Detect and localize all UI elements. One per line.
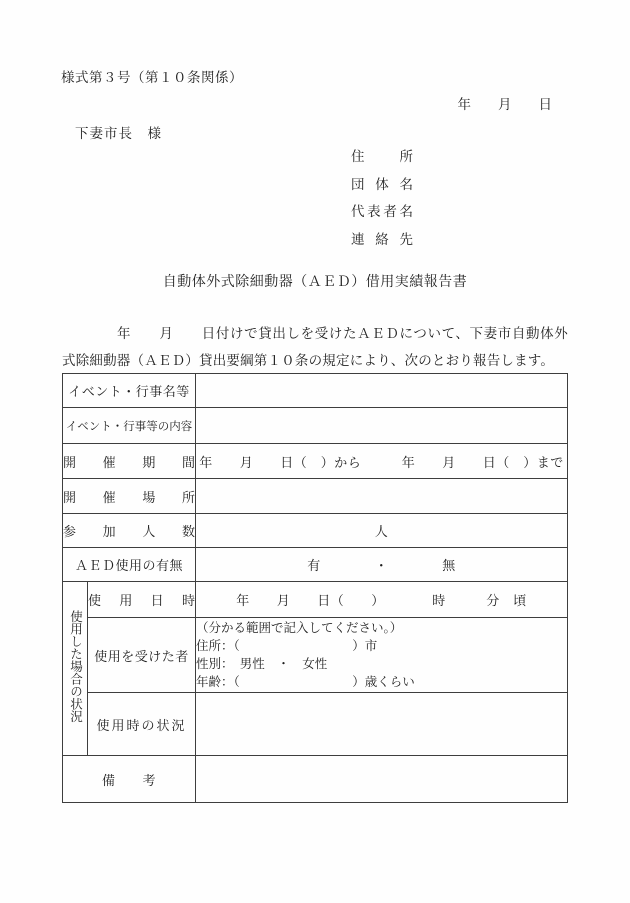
remarks-label: 備 考 [63, 756, 196, 803]
table-row: 参加人数 人 [63, 514, 568, 548]
table-row: 使用を受けた者 （分かる範囲で記入してください。） 住所：（ ）市 性別： 男性… [63, 618, 568, 693]
table-row: ＡＥＤ使用の有無 有 ・ 無 [63, 548, 568, 582]
aed-used-value: 有 ・ 無 [196, 548, 568, 582]
usage-datetime-label: 使用日時 [88, 582, 196, 618]
usage-situation-group-label: 使用した場合の状況 [63, 582, 88, 756]
report-table: イベント・行事名等 イベント・行事等の内容 開催期間 年 月 日（ ）から 年 … [62, 373, 568, 803]
event-name-label: イベント・行事名等 [63, 374, 196, 408]
person-treated-label: 使用を受けた者 [88, 618, 196, 693]
event-period-value: 年 月 日（ ）から 年 月 日（ ）まで [196, 444, 568, 479]
person-age-line: 年齢：（ ）歳くらい [196, 673, 567, 691]
document-page: 様式第３号（第１０条関係） 年 月 日 下妻市長 様 住所 団体名 代表者名 連… [0, 0, 630, 903]
table-row: 使用した場合の状況 使用日時 年 月 日（ ） 時 分 頃 [63, 582, 568, 618]
sender-contact-label: 連絡先 [351, 226, 413, 254]
document-title: 自動体外式除細動器（ＡＥＤ）借用実績報告書 [0, 271, 630, 291]
person-note-line: （分かる範囲で記入してください。） [196, 619, 567, 637]
usage-datetime-value: 年 月 日（ ） 時 分 頃 [196, 582, 568, 618]
person-treated-value: （分かる範囲で記入してください。） 住所：（ ）市 性別： 男性 ・ 女性 年齢… [196, 618, 568, 693]
participants-value: 人 [196, 514, 568, 548]
participants-label: 参加人数 [63, 514, 196, 548]
event-period-label: 開催期間 [63, 444, 196, 479]
addressee-mayor: 下妻市長 様 [75, 122, 162, 142]
sender-organization-label: 団体名 [351, 171, 413, 199]
table-row: イベント・行事等の内容 [63, 408, 568, 444]
body-paragraph: 年 月 日付けで貸出しを受けたＡＥＤについて、下妻市自動体外式除細動器（ＡＥＤ）… [62, 320, 568, 374]
table-row: 開催場所 [63, 479, 568, 514]
event-place-value [196, 479, 568, 514]
sender-row-representative: 代表者名 [351, 198, 531, 226]
event-place-label: 開催場所 [63, 479, 196, 514]
sender-row-contact: 連絡先 [351, 226, 531, 254]
aed-used-label: ＡＥＤ使用の有無 [63, 548, 196, 582]
event-description-label: イベント・行事等の内容 [63, 408, 196, 444]
sender-block: 住所 団体名 代表者名 連絡先 [351, 143, 531, 253]
usage-situation-vertical-text: 使用した場合の状況 [64, 610, 87, 723]
usage-circumstances-label: 使用時の状況 [88, 693, 196, 756]
sender-representative-label: 代表者名 [351, 198, 413, 226]
table-row: 使用時の状況 [63, 693, 568, 756]
table-row: イベント・行事名等 [63, 374, 568, 408]
person-address-line: 住所：（ ）市 [196, 637, 567, 655]
sender-row-organization: 団体名 [351, 171, 531, 199]
remarks-value [196, 756, 568, 803]
sender-address-label: 住所 [351, 143, 413, 171]
table-row: 開催期間 年 月 日（ ）から 年 月 日（ ）まで [63, 444, 568, 479]
usage-circumstances-value [196, 693, 568, 756]
form-number: 様式第３号（第１０条関係） [61, 66, 243, 86]
table-row: 備 考 [63, 756, 568, 803]
issue-date-line: 年 月 日 [250, 93, 552, 113]
person-gender-line: 性別： 男性 ・ 女性 [196, 655, 567, 673]
event-name-value [196, 374, 568, 408]
sender-row-address: 住所 [351, 143, 531, 171]
event-description-value [196, 408, 568, 444]
